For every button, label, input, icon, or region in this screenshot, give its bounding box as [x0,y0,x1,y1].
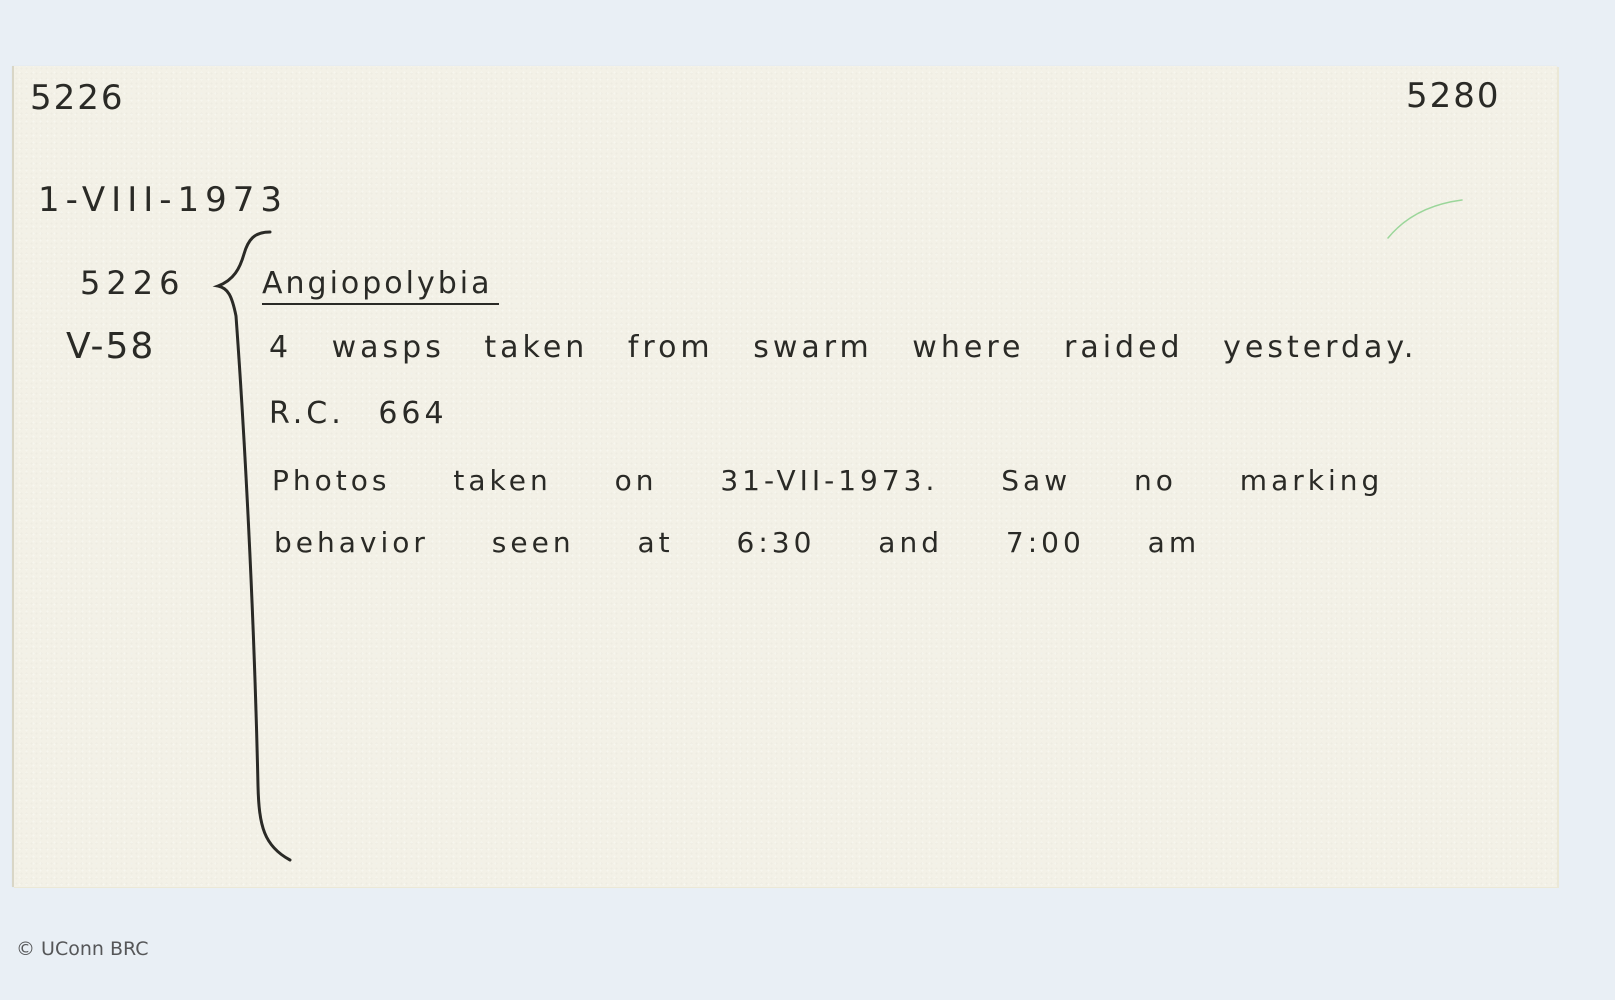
scanned-document: 5226 5280 1-VIII-1973 5226 V-58 Angiopol… [0,0,1615,1000]
collection-date: 1-VIII-1973 [38,180,288,220]
stray-pen-mark [1386,196,1466,241]
note-line-2: R.C. 664 [269,396,448,431]
note-line-1: 4 wasps taken from swarm where raided ye… [269,330,1417,365]
note-line-3: Photos taken on 31-VII-1973. Saw no mark… [272,464,1383,497]
copyright-notice: © UConn BRC [16,938,149,960]
index-card: 5226 5280 1-VIII-1973 5226 V-58 Angiopol… [12,66,1557,887]
catalog-number-right: 5280 [1406,76,1501,116]
specimen-number: 5226 [80,264,185,302]
genus-name: Angiopolybia [262,266,499,305]
note-line-4: behavior seen at 6:30 and 7:00 am [274,526,1200,559]
catalog-number-left: 5226 [30,78,125,118]
volume-reference: V-58 [66,326,155,367]
